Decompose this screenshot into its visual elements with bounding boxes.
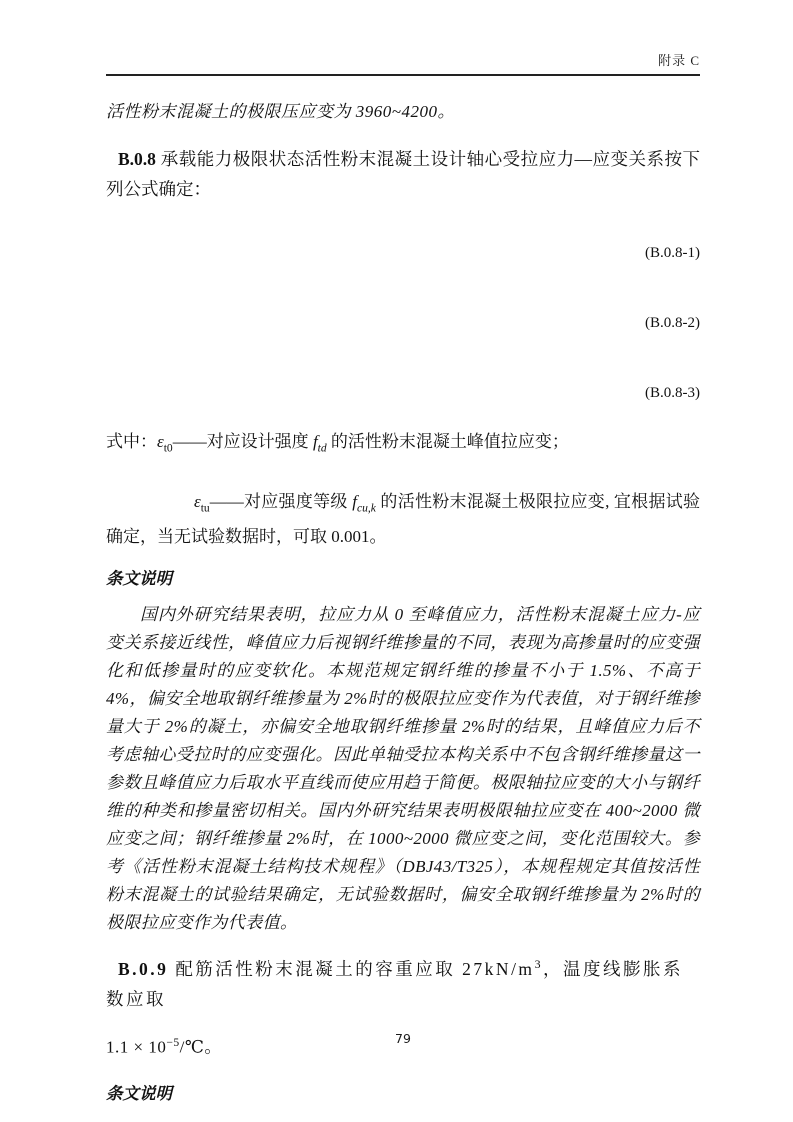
document-page: 附录 C 活性粉末混凝土的极限压应变为 3960~4200。 B.0.8 承载能… — [0, 0, 793, 1122]
symbol-definitions: 式中：εt0——对应设计强度 ftd 的活性粉末混凝土峰值拉应变； εtu——对… — [106, 428, 700, 551]
symbol-definition-etu: εtu——对应强度等级 fcu,k 的活性粉末混凝土极限拉应变, 宜根据试验确定… — [106, 488, 700, 550]
clause-b09-number: B.0.9 — [118, 959, 168, 979]
def2-dash: —— — [210, 492, 244, 511]
epsilon-tu-symbol: ε — [194, 492, 201, 511]
clause-b09-line1: B.0.9 配筋活性粉末混凝土的容重应取 27kN/m3，温度线膨胀系数应取 — [106, 959, 683, 1009]
clause-b08-text: 承载能力极限状态活性粉末混凝土设计轴心受拉应力—应变关系按下列公式确定： — [106, 149, 700, 199]
fcuk-subscript: cu,k — [357, 502, 376, 515]
clause-b08: B.0.8 承载能力极限状态活性粉末混凝土设计轴心受拉应力—应变关系按下列公式确… — [106, 144, 700, 204]
commentary-heading-2: 条文说明 — [106, 1082, 700, 1106]
def2-text-1: 对应强度等级 — [244, 492, 353, 511]
commentary-body-1: 国内外研究结果表明，拉应力从 0 至峰值应力，活性粉末混凝土应力-应变关系接近线… — [106, 601, 700, 937]
page-number: 79 — [106, 1031, 700, 1046]
def1-text-1: 对应设计强度 — [207, 432, 313, 451]
equation-label-2: (B.0.8-2) — [645, 315, 700, 332]
header-appendix-label: 附录 C — [106, 50, 700, 74]
clause-b09-cubed-superscript: 3 — [535, 957, 543, 971]
paragraph-ultimate-compressive-strain: 活性粉末混凝土的极限压应变为 3960~4200。 — [106, 98, 700, 126]
clause-b08-number: B.0.8 — [118, 149, 156, 169]
commentary-heading-1: 条文说明 — [106, 567, 700, 591]
ftd-subscript: td — [318, 441, 327, 454]
def1-dash: —— — [173, 432, 207, 451]
epsilon-t0-subscript: t0 — [164, 441, 173, 454]
equation-row-2: (B.0.8-2) — [106, 288, 700, 358]
clause-b09-text-1: 配筋活性粉末混凝土的容重应取 27kN/m — [168, 959, 534, 979]
epsilon-t0-symbol: ε — [157, 432, 164, 451]
epsilon-tu-subscript: tu — [201, 502, 210, 515]
where-lead: 式中： — [106, 432, 157, 451]
symbol-definition-et0: 式中：εt0——对应设计强度 ftd 的活性粉末混凝土峰值拉应变； — [106, 428, 700, 462]
def1-text-2: 的活性粉末混凝土峰值拉应变； — [327, 432, 569, 451]
equation-row-1: (B.0.8-1) — [106, 218, 700, 288]
equation-row-3: (B.0.8-3) — [106, 358, 700, 428]
page-header: 附录 C — [106, 0, 700, 76]
equation-label-3: (B.0.8-3) — [645, 385, 700, 402]
equation-block: (B.0.8-1) (B.0.8-2) (B.0.8-3) — [106, 218, 700, 428]
equation-label-1: (B.0.8-1) — [645, 245, 700, 262]
